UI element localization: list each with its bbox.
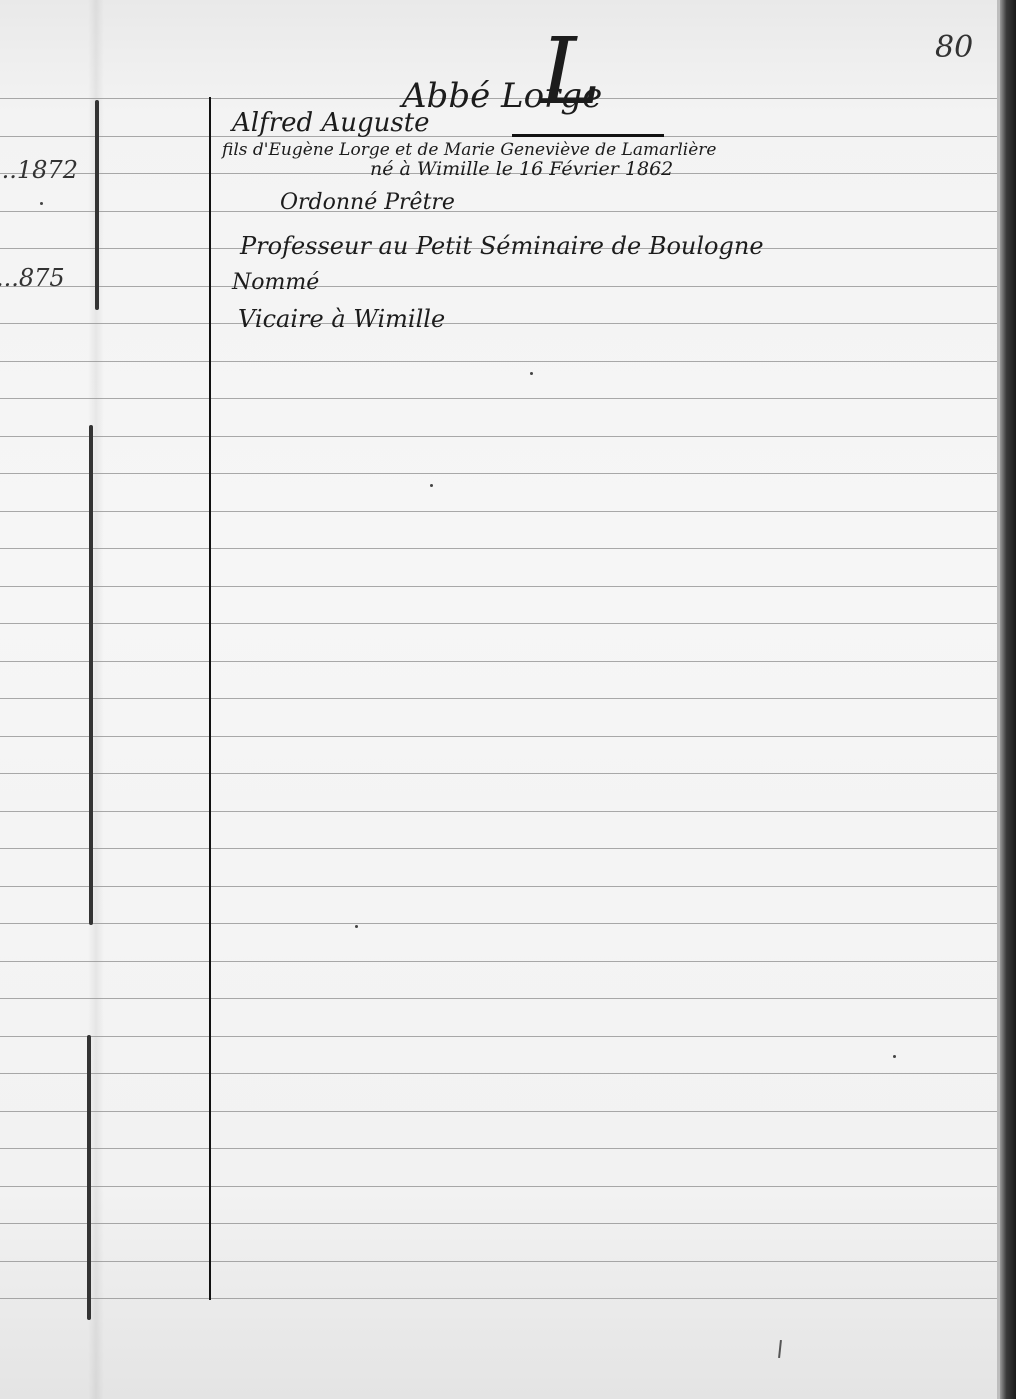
ruled-line [0,811,1000,812]
page-number: 80 [935,30,973,65]
ruled-line [0,548,1000,549]
ruled-line [0,1148,1000,1149]
ruled-line [0,211,1000,212]
entry-line-professor: Professeur au Petit Séminaire de Boulogn… [240,232,764,260]
ruled-lines [0,0,1000,1399]
binding-stitch [95,100,99,310]
ruled-line [0,623,1000,624]
ruled-line [0,773,1000,774]
ruled-line [0,511,1000,512]
title-underline [512,134,664,137]
ink-speck [355,925,358,928]
ruled-line [0,1223,1000,1224]
ruled-line [0,886,1000,887]
ruled-line [0,436,1000,437]
ruled-line [0,286,1000,287]
binding-stitch [89,425,93,925]
ruled-line [0,361,1000,362]
ink-speck [530,372,533,375]
book-spine [1000,0,1016,1399]
ruled-line [0,998,1000,999]
left-margin-note: ...1872 [0,156,78,184]
entry-line-ordained: Ordonné Prêtre [280,190,455,215]
left-margin-note: ...875 [0,264,65,292]
ruled-line [0,736,1000,737]
parents-line: fils d'Eugène Lorge et de Marie Genevièv… [222,140,716,160]
ink-speck [893,1055,896,1058]
margin-line [209,97,211,1300]
ruled-line [0,661,1000,662]
ruled-line [0,923,1000,924]
ruled-line [0,1298,1000,1299]
register-page: 80 L Abbé Lorge Alfred Auguste fils d'Eu… [0,0,1016,1399]
ruled-line [0,698,1000,699]
ruled-line [0,323,1000,324]
binding-stitch [87,1035,91,1320]
entry-line-vicar: Vicaire à Wimille [238,305,445,333]
ruled-line [0,1111,1000,1112]
ink-speck [430,484,433,487]
ruled-line [0,1073,1000,1074]
given-names: Alfred Auguste [232,108,430,138]
ruled-line [0,136,1000,137]
entry-title: Abbé Lorge [402,76,602,116]
ruled-line [0,961,1000,962]
ruled-line [0,1036,1000,1037]
ruled-line [0,848,1000,849]
ruled-line [0,398,1000,399]
ruled-line [0,1261,1000,1262]
ruled-line [0,1186,1000,1187]
ruled-line [0,473,1000,474]
ink-speck [40,202,43,205]
ruled-line [0,586,1000,587]
birth-line: né à Wimille le 16 Février 1862 [370,158,673,180]
entry-line-named: Nommé [232,270,319,295]
